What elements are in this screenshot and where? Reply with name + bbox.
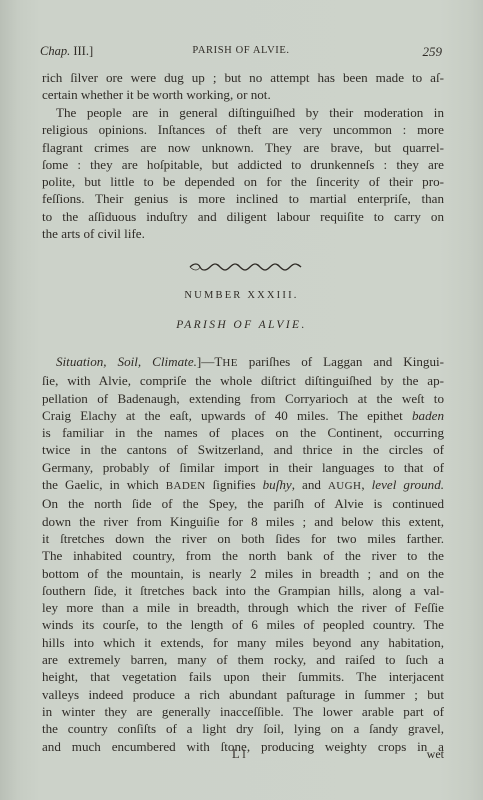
side-heading: Situation, Soil, Climate.: [56, 354, 197, 369]
text-fragment: HE: [222, 357, 237, 369]
text-fragment: , and: [292, 477, 328, 492]
people-paragraph: The people are in general diſtinguiſhed …: [42, 104, 444, 242]
section-number-heading: NUMBER XXXIII.: [0, 290, 483, 301]
text-line: bottom of the mountain, is nearly 2 mile…: [42, 565, 444, 582]
text-line: religious opinions. Inſtances of theft a…: [42, 121, 444, 138]
text-line: pellation of Badenaugh, extending from C…: [42, 390, 444, 407]
gloss-term: level ground.: [372, 477, 444, 492]
continuation-paragraph: rich ſilver ore were dug up ; but no att…: [42, 69, 444, 104]
text-line: ſie, with Alvie, compriſe the whole diſt…: [42, 372, 444, 389]
text-line: height, that vegetation fails upon their…: [42, 668, 444, 685]
scanned-book-page: Chap. III.] PARISH OF ALVIE. 259 rich ſi…: [0, 0, 483, 800]
text-line: down the river from Kinguiſie for 8 mile…: [42, 513, 444, 530]
text-line: ſouthern ſide, it ſtretches back into th…: [42, 582, 444, 599]
text-line: Craig Elachy at the eaſt, upwards of 40 …: [42, 407, 444, 424]
text-line: winds its courſe, to the length of 6 mil…: [42, 616, 444, 633]
running-header: Chap. III.] PARISH OF ALVIE. 259: [40, 44, 442, 62]
text-line: hills into which it extends, for many mi…: [42, 634, 444, 651]
text-line: certain whether it be worth working, or …: [42, 86, 444, 103]
running-title: PARISH OF ALVIE.: [40, 45, 442, 56]
page-footer: L l wet: [42, 747, 444, 763]
text-fragment: ]—T: [197, 354, 222, 369]
situation-paragraph: Situation, Soil, Climate.]—THE pariſhes …: [42, 353, 444, 755]
text-line: Germany, probably of ſimilar import in t…: [42, 459, 444, 476]
text-line: the arts of civil life.: [42, 225, 444, 242]
text-line: twice in the cantons of Switzerland, and…: [42, 441, 444, 458]
text-line: the Gaelic, in which BADEN ſignifies buſ…: [42, 476, 444, 495]
text-line: ſome : they are hoſpitable, but addicted…: [42, 156, 444, 173]
text-line: valleys indeed produce a rich abundant p…: [42, 686, 444, 703]
text-line: it ſtretches down the river on both ſide…: [42, 530, 444, 547]
gaelic-term: BADEN: [166, 480, 206, 492]
text-fragment: pariſhes of Laggan and Kingui-: [238, 354, 444, 369]
text-line: rich ſilver ore were dug up ; but no att…: [42, 69, 444, 86]
italic-term: baden: [412, 408, 444, 423]
text-line: polite, but little to be depended on for…: [42, 173, 444, 190]
text-line: the country conſiſts of a light dry ſoil…: [42, 720, 444, 737]
ornamental-rule-icon: [188, 262, 303, 272]
text-fragment: the Gaelic, in which: [42, 477, 166, 492]
gaelic-term: AUGH: [328, 480, 361, 492]
signature-mark: L l: [232, 747, 246, 762]
text-line: is familiar in the names of places on th…: [42, 424, 444, 441]
text-line: flagrant crimes are now unknown. They ar…: [42, 139, 444, 156]
text-line: Situation, Soil, Climate.]—THE pariſhes …: [42, 353, 444, 372]
text-fragment: ,: [361, 477, 371, 492]
text-fragment: Craig Elachy at the eaſt, upwards of 40 …: [42, 408, 403, 423]
catchword: wet: [427, 747, 444, 762]
section-title-heading: PARISH OF ALVIE.: [0, 319, 483, 331]
text-fragment: ſignifies: [206, 477, 263, 492]
text-line: ley more than a mile in breadth, through…: [42, 599, 444, 616]
text-line: to the aſſiduous induſtry and diligent l…: [42, 208, 444, 225]
gloss-term: buſhy: [263, 477, 292, 492]
text-line: feſſions. Their genius is more inclined …: [42, 190, 444, 207]
text-line: The people are in general diſtinguiſhed …: [42, 104, 444, 121]
text-line: The inhabited country, from the north ba…: [42, 547, 444, 564]
text-line: On the north ſide of the Spey, the pariſ…: [42, 495, 444, 512]
page-number: 259: [423, 44, 443, 60]
text-line: in winter they are generally inacceſſibl…: [42, 703, 444, 720]
text-line: are extremely barren, many of them rocky…: [42, 651, 444, 668]
